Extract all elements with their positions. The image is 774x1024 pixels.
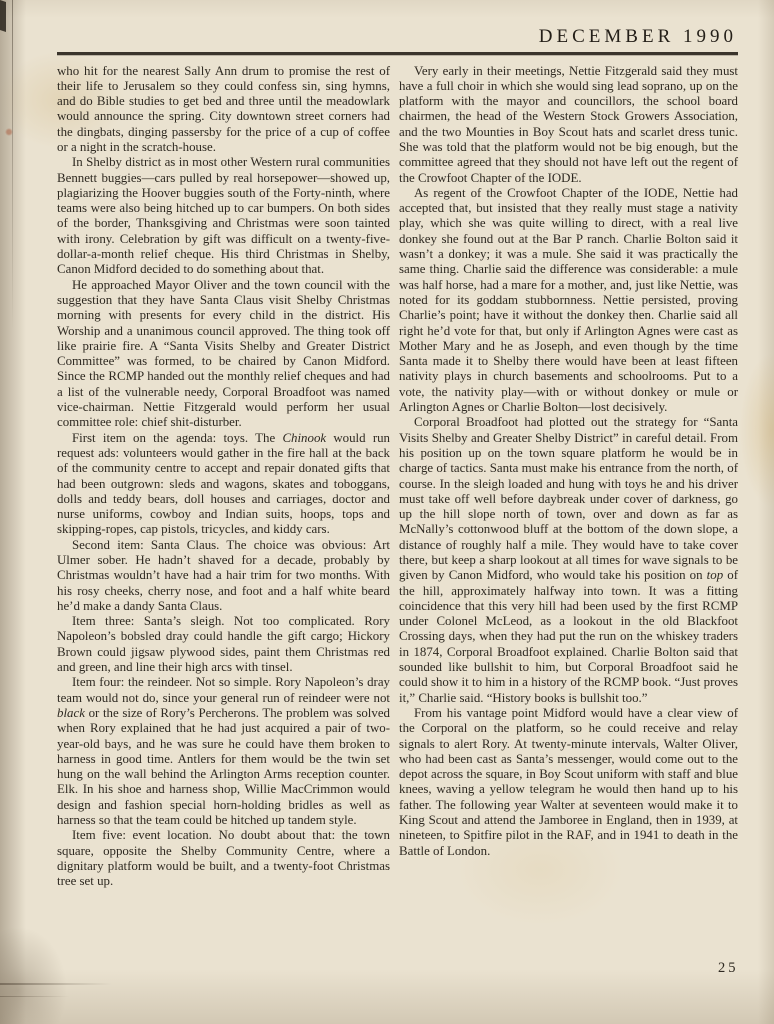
paragraph: In Shelby district as in most other West… [57, 155, 390, 277]
body-text: From his vantage point Midford would hav… [399, 706, 738, 858]
header-rule [57, 52, 738, 55]
body-text: Corporal Broadfoot had plotted out the s… [399, 415, 738, 582]
paragraph: Item five: event location. No doubt abou… [57, 828, 390, 889]
paragraph: Item four: the reindeer. Not so simple. … [57, 675, 390, 828]
body-text: or the size of Rory’s Percherons. The pr… [57, 706, 390, 827]
paper-crease [12, 0, 13, 330]
paragraph: Very early in their meetings, Nettie Fit… [399, 64, 738, 186]
paper-crease [0, 996, 70, 997]
page-content: DECEMBER 1990 who hit for the nearest Sa… [57, 26, 738, 890]
body-text: would run request ads: volunteers would … [57, 431, 390, 537]
italic-text: black [57, 706, 85, 720]
body-text: Second item: Santa Claus. The choice was… [57, 538, 390, 613]
text-columns: who hit for the nearest Sally Ann drum t… [57, 64, 738, 890]
column-left: who hit for the nearest Sally Ann drum t… [57, 64, 390, 890]
issue-title: DECEMBER 1990 [539, 26, 738, 47]
body-text: First item on the agenda: toys. The [72, 431, 282, 445]
paper-crease [0, 983, 112, 985]
paragraph: From his vantage point Midford would hav… [399, 706, 738, 859]
page-header: DECEMBER 1990 [57, 26, 738, 48]
body-text: of the hill, approximately halfway into … [399, 568, 738, 704]
italic-text: top [707, 568, 723, 582]
paragraph: First item on the agenda: toys. The Chin… [57, 431, 390, 538]
body-text: Item four: the reindeer. Not so simple. … [57, 675, 390, 704]
scan-corner-artifact [0, 0, 6, 32]
italic-text: Chinook [282, 431, 326, 445]
paragraph: Item three: Santa’s sleigh. Not too comp… [57, 614, 390, 675]
body-text: In Shelby district as in most other West… [57, 155, 390, 276]
body-text: who hit for the nearest Sally Ann drum t… [57, 64, 390, 154]
paragraph: He approached Mayor Oliver and the town … [57, 278, 390, 431]
body-text: As regent of the Crowfoot Chapter of the… [399, 186, 738, 414]
body-text: Item three: Santa’s sleigh. Not too comp… [57, 614, 390, 674]
body-text: Item five: event location. No doubt abou… [57, 828, 390, 888]
paragraph: Second item: Santa Claus. The choice was… [57, 538, 390, 614]
body-text: Very early in their meetings, Nettie Fit… [399, 64, 738, 185]
body-text: He approached Mayor Oliver and the town … [57, 278, 390, 430]
scanned-page: DECEMBER 1990 who hit for the nearest Sa… [0, 0, 774, 1024]
paragraph: Corporal Broadfoot had plotted out the s… [399, 415, 738, 706]
paragraph: As regent of the Crowfoot Chapter of the… [399, 186, 738, 415]
paragraph: who hit for the nearest Sally Ann drum t… [57, 64, 390, 156]
column-right: Very early in their meetings, Nettie Fit… [399, 64, 738, 890]
page-number: 25 [718, 960, 739, 977]
